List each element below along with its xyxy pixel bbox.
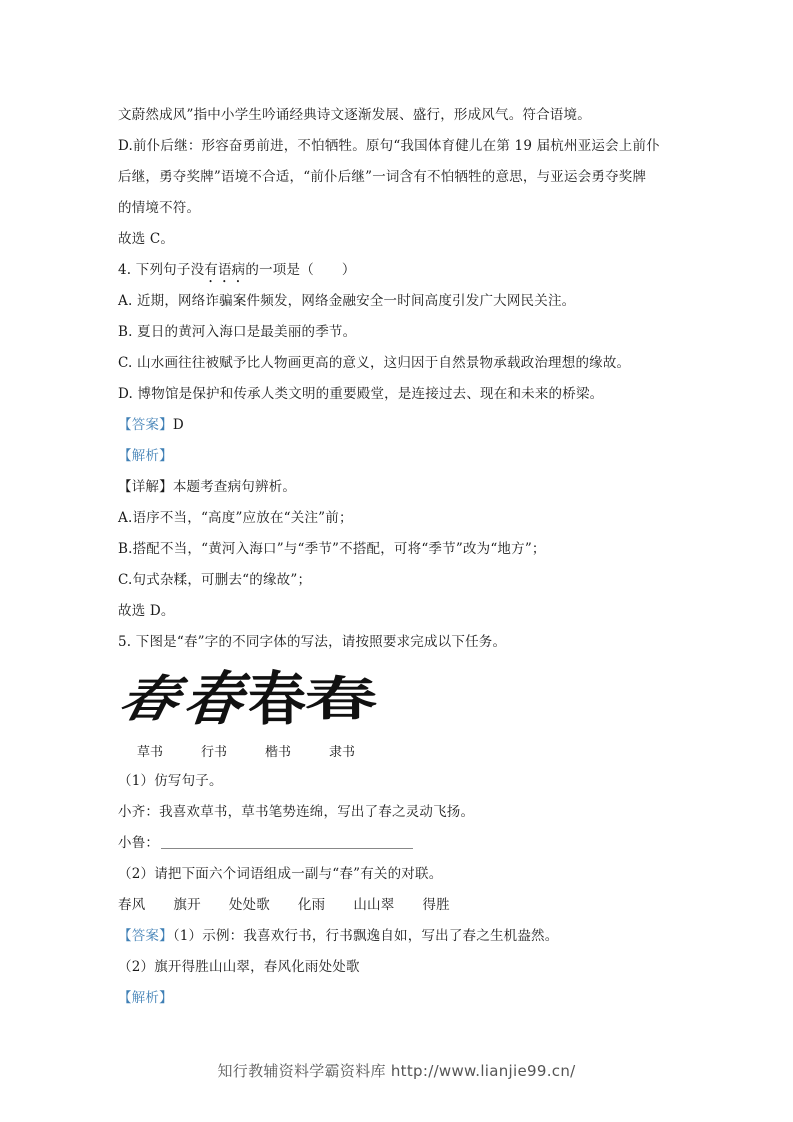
sub-question-1-prompt: 小鲁： (118, 835, 159, 851)
answer-tag: 【答案】 (118, 928, 173, 944)
word-item: 得胜 (422, 890, 449, 921)
option-label: D. (118, 386, 133, 402)
option-text: 夏日的黄河入海口是最美丽的季节。 (137, 324, 356, 340)
calligraphy-label: 隶书 (310, 740, 374, 766)
option-text: 博物馆是保护和传承人类文明的重要殿堂，是连接过去、现在和未来的桥梁。 (138, 386, 604, 402)
word-item: 山山翠 (353, 890, 394, 921)
option-d: D. 博物馆是保护和传承人类文明的重要殿堂，是连接过去、现在和未来的桥梁。 (118, 379, 693, 410)
option-label: A. (118, 293, 132, 309)
question-4-conclusion: 故选 D。 (118, 596, 693, 627)
question-stem-text: 下列句子没 (136, 262, 205, 278)
calligraphy-labels: 草书 行书 楷书 隶书 (118, 740, 693, 766)
option-text: 山水画往往被赋予比人物画更高的意义，这归因于自然景物承载政治理想的缘故。 (137, 355, 630, 371)
calligraphy-label: 楷书 (246, 740, 310, 766)
detail-item: B.搭配不当，“黄河入海口”与“季节”不搭配，可将“季节”改为“地方”； (118, 534, 693, 565)
answer-line-2: （2）旗开得胜山山翠，春风化雨处处歌 (118, 952, 693, 983)
footer-watermark: 知行教辅资料学霸资料库 http://www.lianjie99.cn/ (0, 1060, 793, 1081)
word-item: 化雨 (298, 890, 325, 921)
sub-question-1-example: 小齐：我喜欢草书，草书笔势连绵，写出了春之灵动飞扬。 (118, 797, 693, 828)
analysis-line: 【解析】 (118, 441, 693, 472)
answer-line: 【答案】（1）示例：我喜欢行书，行书飘逸自如，写出了春之生机盎然。 (118, 921, 693, 952)
option-label: B. (118, 324, 133, 340)
question-number: 4. (118, 262, 131, 278)
word-item: 旗开 (173, 890, 200, 921)
calligraphy-kai-glyph: 春 (248, 668, 306, 730)
explanation-line: 文蔚然成风”指中小学生吟诵经典诗文逐渐发展、盛行，形成风气。符合语境。 (118, 100, 693, 131)
sub-question-1-prompt-line: 小鲁： (118, 828, 693, 859)
word-bank: 春风 旗开 处处歌 化雨 山山翠 得胜 (118, 890, 693, 921)
calligraphy-label: 行书 (182, 740, 246, 766)
word-item: 春风 (118, 890, 145, 921)
analysis-line: 【解析】 (118, 983, 693, 1014)
explanation-option-d-line: 的情境不符。 (118, 193, 693, 224)
sub-question-1-title: （1）仿写句子。 (118, 766, 693, 797)
detail-intro: 本题考查病句辨析。 (173, 479, 296, 495)
calligraphy-image: 春 春 春 春 (120, 664, 693, 730)
question-number: 5. (118, 634, 131, 650)
calligraphy-xing-glyph: 春 (181, 668, 246, 730)
option-c: C. 山水画往往被赋予比人物画更高的意义，这归因于自然景物承载政治理想的缘故。 (118, 348, 693, 379)
answer-value: D (173, 417, 184, 433)
fill-in-blank[interactable] (161, 838, 413, 849)
analysis-tag: 【解析】 (118, 448, 173, 464)
document-page: 文蔚然成风”指中小学生吟诵经典诗文逐渐发展、盛行，形成风气。符合语境。 D.前仆… (118, 100, 693, 1014)
sub-question-2-title: （2）请把下面六个词语组成一副与“春”有关的对联。 (118, 859, 693, 890)
calligraphy-cao-glyph: 春 (114, 673, 183, 726)
question-4-stem: 4. 下列句子没有语病的一项是（） (118, 255, 693, 286)
detail-item: C.句式杂糅，可删去“的缘故”； (118, 565, 693, 596)
answer-line: 【答案】D (118, 410, 693, 441)
calligraphy-li-glyph: 春 (305, 674, 378, 724)
option-b: B. 夏日的黄河入海口是最美丽的季节。 (118, 317, 693, 348)
question-stem-text: 下图是“春”字的不同字体的写法，请按照要求完成以下任务。 (136, 634, 506, 650)
question-stem-emphasis: 有语病 (204, 262, 245, 278)
answer-tag: 【答案】 (118, 417, 173, 433)
question-5-stem: 5. 下图是“春”字的不同字体的写法，请按照要求完成以下任务。 (118, 627, 693, 658)
explanation-option-d-line: 后继，勇夺奖牌”语境不合适，“前仆后继”一词含有不怕牺牲的意思，与亚运会勇夺奖牌 (118, 162, 693, 193)
detail-item: A.语序不当，“高度”应放在“关注”前； (118, 503, 693, 534)
detail-line: 【详解】本题考查病句辨析。 (118, 472, 693, 503)
explanation-option-d-line: D.前仆后继：形容奋勇前进，不怕牺牲。原句“我国体育健儿在第 19 届杭州亚运会… (118, 131, 693, 162)
question-stem-close: ） (342, 262, 356, 278)
option-a: A. 近期，网络诈骗案件频发，网络金融安全一时间高度引发广大网民关注。 (118, 286, 693, 317)
answer-text: （1）示例：我喜欢行书，行书飘逸自如，写出了春之生机盎然。 (173, 928, 559, 944)
option-text: 近期，网络诈骗案件频发，网络金融安全一时间高度引发广大网民关注。 (137, 293, 575, 309)
detail-tag: 【详解】 (118, 479, 173, 495)
calligraphy-label: 草书 (118, 740, 182, 766)
question-stem-text: 的一项是（ (245, 262, 314, 278)
option-label: C. (118, 355, 133, 371)
word-item: 处处歌 (229, 890, 270, 921)
analysis-tag: 【解析】 (118, 990, 173, 1006)
previous-conclusion: 故选 C。 (118, 224, 693, 255)
